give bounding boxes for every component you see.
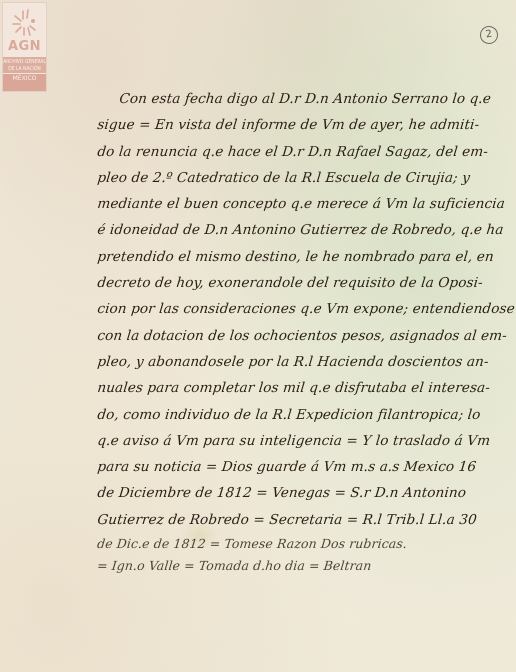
manuscript-line: para su noticia = Dios guarde á Vm m.s a… [96, 454, 516, 480]
manuscript-line: Gutierrez de Robredo = Secretaria = R.l … [96, 507, 516, 533]
manuscript-text: Con esta fecha digo al D.r D.n Antonio S… [96, 86, 514, 577]
logo-institution-name: Archivo General de la Nación [3, 57, 46, 73]
manuscript-line: decreto de hoy, exonerandole del requisi… [96, 270, 516, 296]
manuscript-line: pleo, y abonandosele por la R.l Hacienda… [96, 349, 516, 375]
logo-country: MÉXICO [3, 73, 46, 91]
manuscript-line: nuales para completar los mil q.e disfru… [96, 375, 516, 401]
manuscript-line: é idoneidad de D.n Antonino Gutierrez de… [96, 217, 516, 243]
manuscript-line: do, como individuo de la R.l Expedicion … [96, 402, 516, 428]
manuscript-line: sigue = En vista del informe de Vm de ay… [96, 112, 516, 138]
manuscript-line: pleo de 2.º Catedratico de la R.l Escuel… [96, 165, 516, 191]
sunburst-icon [10, 8, 40, 38]
logo-acronym: AGN [8, 40, 41, 54]
manuscript-line: q.e aviso á Vm para su inteligencia = Y … [96, 428, 516, 454]
manuscript-line: do la renuncia q.e hace el D.r D.n Rafae… [96, 139, 516, 165]
manuscript-line: con la dotacion de los ochocientos pesos… [96, 323, 516, 349]
agn-archive-logo: AGN Archivo General de la Nación MÉXICO [2, 2, 47, 92]
registry-note-line: = Ign.o Valle = Tomada d.ho dia = Beltra… [96, 555, 516, 577]
manuscript-line: de Diciembre de 1812 = Venegas = S.r D.n… [96, 480, 516, 506]
manuscript-page: AGN Archivo General de la Nación MÉXICO … [0, 0, 516, 672]
manuscript-line: pretendido el mismo destino, le he nombr… [96, 244, 516, 270]
registry-note-line: de Dic.e de 1812 = Tomese Razon Dos rubr… [96, 533, 516, 555]
manuscript-line: mediante el buen concepto q.e merece á V… [96, 191, 516, 217]
folio-number: 2 [479, 25, 500, 46]
manuscript-line: cion por las consideraciones q.e Vm expo… [96, 296, 516, 322]
manuscript-line: Con esta fecha digo al D.r D.n Antonio S… [96, 86, 516, 112]
